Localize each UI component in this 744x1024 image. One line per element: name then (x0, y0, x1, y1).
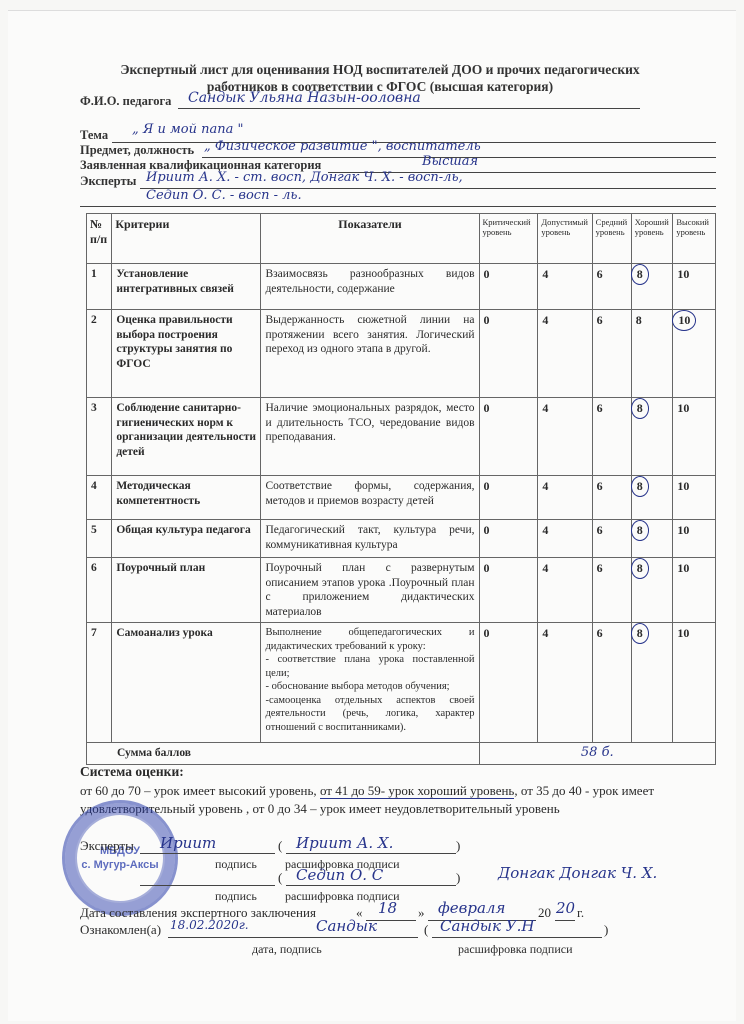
field-subject: Предмет, должность „ Физическое развитие… (80, 143, 716, 159)
category-value: Высшая (422, 154, 478, 169)
score-option: 10 (677, 267, 689, 281)
score-option: 6 (597, 523, 603, 537)
score-option: 10 (677, 401, 689, 415)
score-selected: 10 (672, 310, 696, 331)
date-year-line (555, 920, 575, 921)
score-cell: 10 (673, 310, 716, 398)
header-level-high: Высокий уровень (673, 214, 716, 264)
evaluation-table: № п/п Критерии Показатели Критический ур… (86, 213, 716, 765)
field-fio: Ф.И.О. педагога Сандык Ульяна Назын-ооло… (80, 94, 640, 110)
experts-label: Эксперты (80, 174, 136, 189)
row-criterion: Общая культура педагога (112, 520, 261, 558)
table-row: 2Оценка правильности выбора построения с… (87, 310, 716, 398)
fio-label: Ф.И.О. педагога (80, 94, 171, 109)
caption-sign-1: подпись (215, 857, 257, 872)
table-row: 4Методическая компетентностьСоответствие… (87, 476, 716, 520)
score-option: 6 (597, 401, 603, 415)
score-option: 4 (542, 479, 548, 493)
score-cell: 6 (592, 310, 631, 398)
score-cell: 4 (538, 476, 592, 520)
score-option: 6 (597, 479, 603, 493)
score-cell: 0 (479, 623, 538, 743)
score-selected: 8 (631, 398, 649, 419)
score-cell: 8 (631, 520, 673, 558)
date-month: февраля (438, 899, 505, 917)
row-indicator: Взаимосвязь разнообразных видов деятельн… (261, 264, 479, 310)
row-indicator: Выдержанность сюжетной линии на протяжен… (261, 310, 479, 398)
score-cell: 10 (673, 264, 716, 310)
score-option: 4 (542, 561, 548, 575)
score-cell: 0 (479, 310, 538, 398)
score-option: 10 (677, 479, 689, 493)
score-option: 0 (484, 313, 490, 327)
row-number: 4 (87, 476, 112, 520)
score-cell: 8 (631, 623, 673, 743)
row-criterion: Оценка правильности выбора построения ст… (112, 310, 261, 398)
indicator-line: Выполнение общепедагогических и дидактич… (265, 626, 474, 653)
score-cell: 6 (592, 558, 631, 623)
title-line-1: Экспертный лист для оценивания НОД воспи… (80, 61, 680, 78)
score-option: 8 (636, 313, 642, 327)
caption-decode-3: расшифровка подписи (458, 942, 573, 957)
score-cell: 0 (479, 558, 538, 623)
score-cell: 10 (673, 520, 716, 558)
table-row: 6Поурочный планПоурочный план с разверну… (87, 558, 716, 623)
header-criteria: Критерии (112, 214, 261, 264)
tema-value: „ Я и мой папа " (132, 122, 243, 137)
sum-row: Сумма баллов 58 б. (87, 743, 716, 765)
experts-value-line-2: Седип О. С. - восп - ль. (146, 188, 302, 203)
header-num: № п/п (87, 214, 112, 264)
row-number: 2 (87, 310, 112, 398)
grading-good-underlined: от 41 до 59- урок хороший уровень (320, 783, 514, 799)
score-cell: 6 (592, 623, 631, 743)
score-option: 10 (677, 626, 689, 640)
row-indicator: Поурочный план с развернутым описанием э… (261, 558, 479, 623)
score-cell: 10 (673, 398, 716, 476)
score-option: 4 (542, 626, 548, 640)
sig1-handwritten: Ириит (160, 834, 216, 852)
score-cell: 10 (673, 476, 716, 520)
sig1-decode-line (286, 853, 456, 854)
score-cell: 4 (538, 310, 592, 398)
score-option: 0 (484, 626, 490, 640)
score-option: 4 (542, 313, 548, 327)
row-number: 6 (87, 558, 112, 623)
date-day: 18 (378, 899, 397, 917)
score-option: 6 (597, 267, 603, 281)
score-cell: 6 (592, 476, 631, 520)
score-option: 6 (597, 561, 603, 575)
score-option: 0 (484, 267, 490, 281)
score-selected: 8 (631, 623, 649, 644)
ack-date: 18.02.2020г. (170, 918, 249, 932)
ack-decode: Сандык У.Н (440, 917, 534, 935)
row-criterion: Соблюдение санитарно-гигиенических норм … (112, 398, 261, 476)
score-cell: 0 (479, 476, 538, 520)
score-option: 10 (677, 561, 689, 575)
row-indicator: Педагогический такт, культура речи, комм… (261, 520, 479, 558)
experts-value-line-1: Ириит А. Х. - ст. восп, Донгак Ч. Х. - в… (146, 170, 463, 185)
date-year-prefix: 20 (538, 905, 551, 921)
score-cell: 8 (631, 264, 673, 310)
experts-underline-2 (80, 206, 716, 207)
score-cell: 6 (592, 398, 631, 476)
score-cell: 8 (631, 398, 673, 476)
score-option: 4 (542, 523, 548, 537)
score-cell: 10 (673, 623, 716, 743)
score-option: 6 (597, 313, 603, 327)
indicator-line: - соответствие плана урока поставленной … (265, 653, 474, 680)
score-cell: 6 (592, 264, 631, 310)
indicator-line: - обоснование выбора методов обучения; (265, 680, 474, 694)
score-cell: 6 (592, 520, 631, 558)
sig2-decode-line (286, 885, 456, 886)
score-cell: 4 (538, 558, 592, 623)
score-cell: 4 (538, 520, 592, 558)
grading-high: от 60 до 70 – урок имеет высокий уровень… (80, 783, 320, 798)
score-option: 6 (597, 626, 603, 640)
score-cell: 4 (538, 264, 592, 310)
table-header-row: № п/п Критерии Показатели Критический ур… (87, 214, 716, 264)
header-indicators: Показатели (261, 214, 479, 264)
date-year-end: г. (577, 905, 584, 921)
header-level-good: Хороший уровень (631, 214, 673, 264)
score-option: 10 (677, 523, 689, 537)
score-selected: 8 (631, 520, 649, 541)
ack-decode-line (432, 937, 602, 938)
indicator-line: -самооценка отдельных аспектов своей дея… (265, 694, 474, 735)
row-criterion: Методическая компетентность (112, 476, 261, 520)
stamp-line-2: с. Мугур-Аксы (65, 859, 175, 872)
grading-system-text: от 60 до 70 – урок имеет высокий уровень… (80, 782, 720, 818)
score-cell: 0 (479, 264, 538, 310)
sum-value-cell: 58 б. (479, 743, 715, 765)
tema-label: Тема (80, 128, 108, 143)
score-cell: 4 (538, 398, 592, 476)
row-number: 7 (87, 623, 112, 743)
row-number: 5 (87, 520, 112, 558)
table-row: 7Самоанализ урокаВыполнение общепедагоги… (87, 623, 716, 743)
score-cell: 8 (631, 476, 673, 520)
score-selected: 8 (631, 558, 649, 579)
table-row: 3Соблюдение санитарно-гигиенических норм… (87, 398, 716, 476)
score-selected: 8 (631, 476, 649, 497)
caption-sign-2: подпись (215, 889, 257, 904)
header-level-critical: Критический уровень (479, 214, 538, 264)
score-cell: 8 (631, 558, 673, 623)
header-level-average: Средний уровень (592, 214, 631, 264)
fio-underline (178, 108, 640, 109)
score-option: 4 (542, 401, 548, 415)
ack-label: Ознакомлен(а) (80, 922, 161, 938)
row-criterion: Самоанализ урока (112, 623, 261, 743)
row-number: 3 (87, 398, 112, 476)
score-cell: 4 (538, 623, 592, 743)
subject-value: „ Физическое развитие ", воспитатель (204, 139, 481, 154)
table-row: 5Общая культура педагогаПедагогический т… (87, 520, 716, 558)
score-option: 0 (484, 561, 490, 575)
row-criterion: Установление интегративных связей (112, 264, 261, 310)
row-number: 1 (87, 264, 112, 310)
table-row: 1Установление интегративных связейВзаимо… (87, 264, 716, 310)
score-cell: 0 (479, 398, 538, 476)
sig2-line (140, 885, 275, 886)
row-indicator: Соответствие формы, содержания, методов … (261, 476, 479, 520)
ack-sign: Сандык (316, 917, 377, 935)
sum-label: Сумма баллов (87, 743, 480, 765)
sum-value: 58 б. (581, 745, 614, 760)
row-indicator: Выполнение общепедагогических и дидактич… (261, 623, 479, 743)
score-option: 0 (484, 479, 490, 493)
sig3-handwritten: Донгак Донгак Ч. Х. (498, 864, 657, 882)
date-year-suffix: 20 (556, 899, 575, 917)
organization-stamp: МБДОУ с. Мугур-Аксы (62, 800, 178, 916)
grading-system-title: Система оценки: (80, 764, 184, 780)
ack-line (168, 937, 418, 938)
score-cell: 0 (479, 520, 538, 558)
row-criterion: Поурочный план (112, 558, 261, 623)
subject-label: Предмет, должность (80, 143, 194, 158)
score-option: 0 (484, 401, 490, 415)
fio-value: Сандык Ульяна Назын-ооловна (188, 90, 421, 106)
score-selected: 8 (631, 264, 649, 285)
sig1-decode: Ириит А. Х. (296, 834, 393, 852)
sig2-decode: Седип О. С (296, 866, 383, 884)
signatures-experts-label: Эксперты (80, 838, 134, 854)
caption-date-sign: дата, подпись (252, 942, 322, 957)
field-experts-2: Седип О. С. - восп - ль. (80, 192, 716, 208)
row-indicator: Наличие эмоциональных разрядок, место и … (261, 398, 479, 476)
score-option: 4 (542, 267, 548, 281)
score-cell: 8 (631, 310, 673, 398)
score-cell: 10 (673, 558, 716, 623)
sig1-line (140, 853, 275, 854)
score-option: 0 (484, 523, 490, 537)
header-level-acceptable: Допустимый уровень (538, 214, 592, 264)
